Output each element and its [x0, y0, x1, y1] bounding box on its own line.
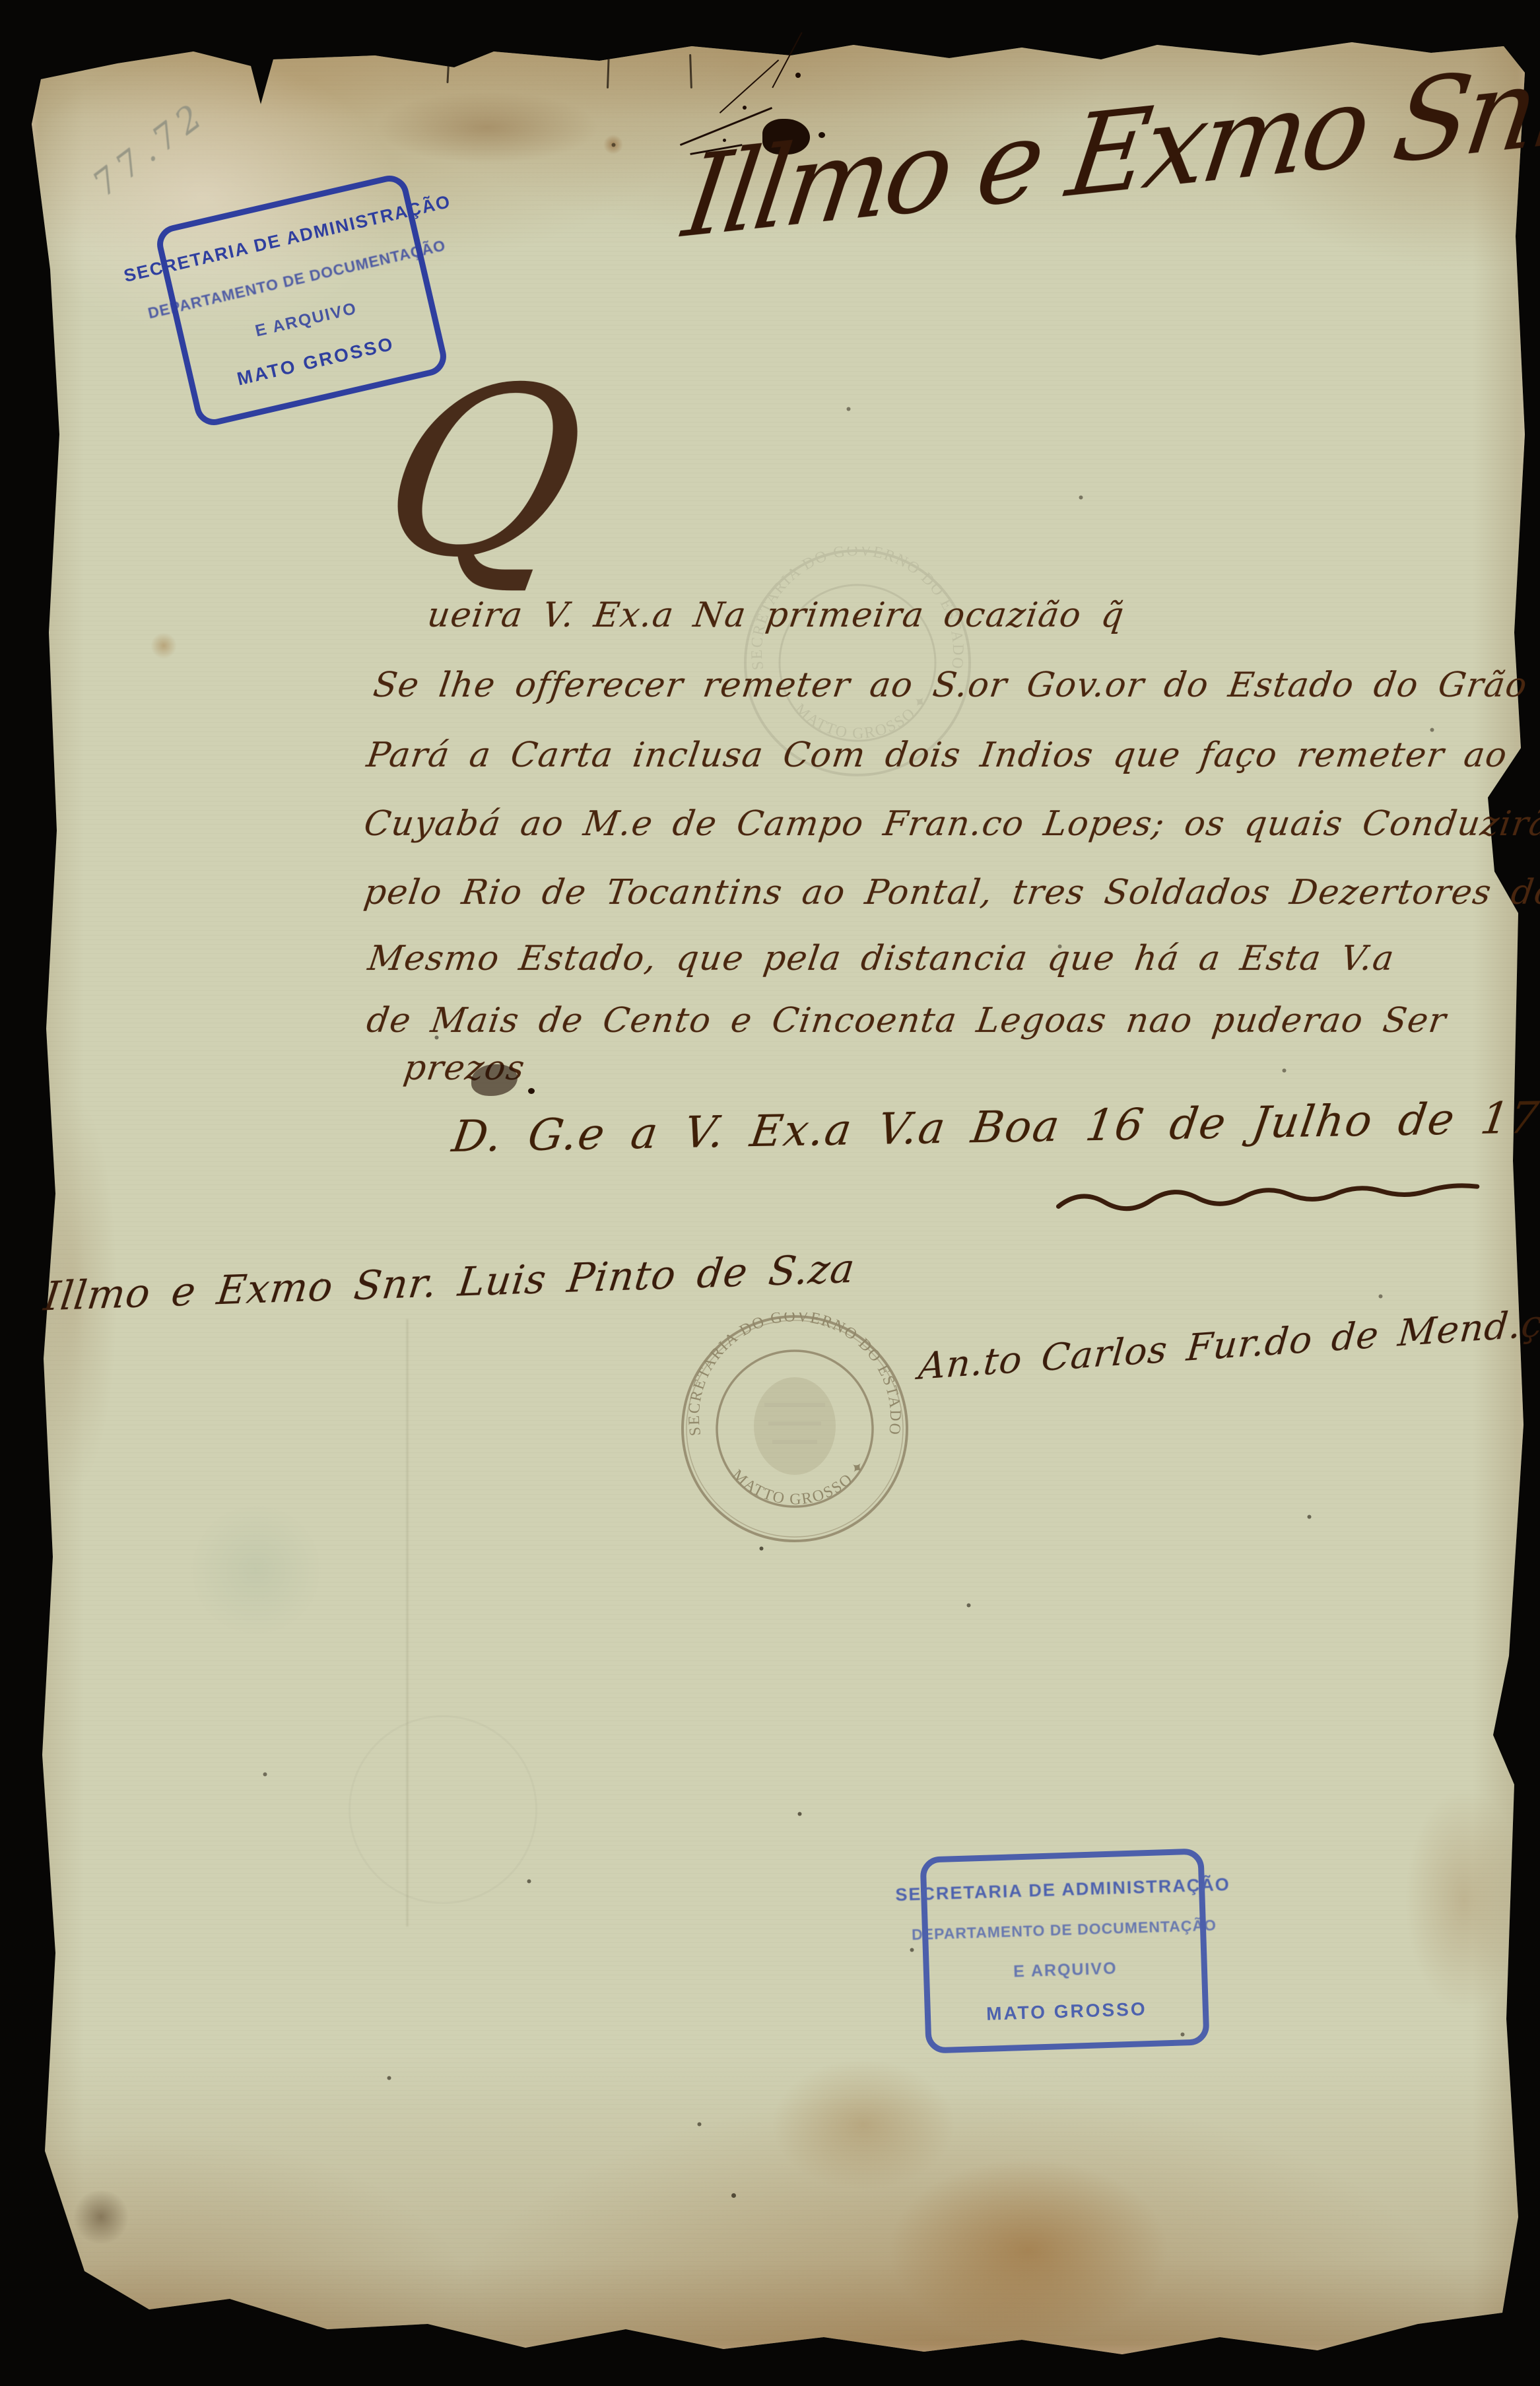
paper-crack	[446, 44, 450, 83]
letter-line: Cuyabá ao M.e de Campo Fran.co Lopes; os…	[362, 807, 1540, 841]
archive-stamp-bottom: SECRETARIA DE ADMINISTRAÇÃO DEPARTAMENTO…	[920, 1848, 1209, 2053]
stain-bottom-mid	[771, 2059, 956, 2191]
stain-bottom-large	[877, 2151, 1180, 2349]
letter-line: pelo Rio de Tocantins ao Pontal, tres So…	[362, 875, 1540, 910]
letter-line: Se lhe offerecer remeter ao S.or Gov.or …	[371, 668, 1529, 702]
watermark-ghost-circle	[349, 1715, 537, 1904]
scanned-document: 77.72 SECRETARIA DE ADMINISTRAÇÃO DEPART…	[0, 0, 1540, 2386]
letter-line: Pará a Carta inclusa Com dois Indios que…	[364, 738, 1510, 772]
archive-stamp-line2: DEPARTAMENTO DE DOCUMENTAÇÃO	[912, 1917, 1217, 1944]
archive-stamp-line2: DEPARTAMENTO DE DOCUMENTAÇÃO	[147, 236, 448, 322]
stain-bottom-left-dark	[71, 2191, 131, 2243]
paper-speckles	[32, 38, 34, 40]
archive-stamp-line3: E ARQUIVO	[253, 299, 359, 341]
archive-stamp-line1: SECRETARIA DE ADMINISTRAÇÃO	[895, 1874, 1230, 1905]
fold-crease	[407, 1319, 408, 1926]
archive-stamp-line4: MATO GROSSO	[235, 333, 397, 390]
stain-right-edge	[1405, 1788, 1523, 2012]
stain-left-margin	[151, 632, 177, 659]
round-stamp-governo: SECRETARIA DO GOVERNO DO ESTADO DE MATTO…	[679, 1312, 911, 1545]
stain-top-freckle	[603, 135, 623, 154]
letter-line: ueira V. Ex.a Na primeira ocazião q̃	[425, 598, 1126, 632]
archive-stamp-line4: MATO GROSSO	[986, 1998, 1147, 2025]
letter-line: de Mais de Cento e Cincoenta Legoas nao …	[364, 1004, 1448, 1038]
stain-top-center	[375, 91, 599, 164]
archive-stamp-line3: E ARQUIVO	[1013, 1959, 1118, 1981]
coat-of-arms-emblem	[754, 1377, 836, 1475]
ink-blot-dot	[528, 1088, 535, 1094]
letter-line: Mesmo Estado, que pela distancia que há …	[366, 941, 1397, 976]
paper-crack	[607, 50, 610, 88]
stain-bleedthrough-green	[190, 1491, 322, 1649]
